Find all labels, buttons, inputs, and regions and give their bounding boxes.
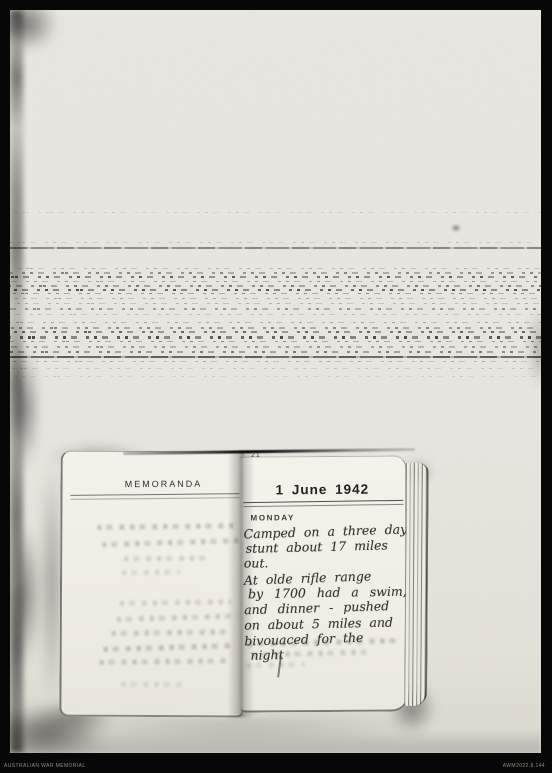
ghost-writing-line (124, 556, 206, 562)
ghost-writing-line (97, 523, 237, 530)
scan-streak (10, 356, 541, 358)
ghost-writing-line (112, 629, 230, 635)
archive-name-label: AUSTRALIAN WAR MEMORIAL (4, 763, 86, 769)
photo-mount-frame: MEMORANDA 1 June 1942 MONDAY Camped on a… (0, 0, 552, 773)
ghost-writing-line (121, 682, 183, 687)
page-stack-edge (404, 463, 429, 706)
ghost-writing-line (102, 538, 240, 547)
scan-streak (10, 322, 541, 323)
left-page-rule (70, 493, 240, 500)
ghost-writing-line (117, 613, 239, 622)
scan-streak (10, 212, 541, 213)
diary-left-page: MEMORANDA (59, 451, 243, 718)
date-heading: 1 June 1942 (239, 481, 405, 497)
ghost-writing-line (122, 570, 180, 576)
scan-streak (10, 276, 541, 278)
scan-streak (10, 242, 541, 243)
left-edge-toner-smudge (10, 10, 23, 753)
diary-book: MEMORANDA 1 June 1942 MONDAY Camped on a… (55, 443, 437, 739)
scan-streak (10, 314, 541, 315)
scan-streak (10, 368, 541, 369)
ghost-writing-line (104, 643, 232, 652)
scan-streak (10, 346, 541, 348)
page-number: 21 (251, 452, 261, 459)
scan-streak (10, 285, 541, 287)
scan-streak (10, 303, 541, 304)
toner-smudge-blob (530, 306, 541, 390)
scan-streak (10, 308, 541, 310)
scan-streak (10, 293, 541, 294)
book-top-edge (123, 448, 415, 455)
accession-number-label: AWM2022.8.144 (503, 763, 545, 769)
scan-streak (10, 247, 541, 249)
ghost-writing-line (247, 662, 305, 668)
book-gutter (228, 451, 254, 717)
scan-streak (10, 289, 541, 291)
scan-streak (10, 376, 541, 377)
diary-right-page: 1 June 1942 MONDAY Camped on a three day… (239, 455, 408, 712)
date-rule (243, 500, 403, 507)
scan-streak (10, 298, 541, 299)
scan-streak (10, 351, 541, 353)
scanned-page: MEMORANDA 1 June 1942 MONDAY Camped on a… (10, 10, 541, 753)
scan-streak (10, 341, 541, 342)
scan-streak (10, 272, 541, 274)
toner-smudge-blob (451, 224, 461, 232)
scan-streak (10, 336, 541, 339)
ghost-writing-line (120, 599, 232, 605)
scan-streak (10, 281, 541, 282)
day-label: MONDAY (251, 512, 406, 522)
scan-streak (10, 327, 541, 329)
memoranda-title: MEMORANDA (62, 479, 242, 490)
ghost-writing-line (100, 658, 232, 665)
scan-streak (10, 361, 541, 362)
scan-streak (10, 268, 541, 269)
scan-streak (10, 331, 541, 333)
